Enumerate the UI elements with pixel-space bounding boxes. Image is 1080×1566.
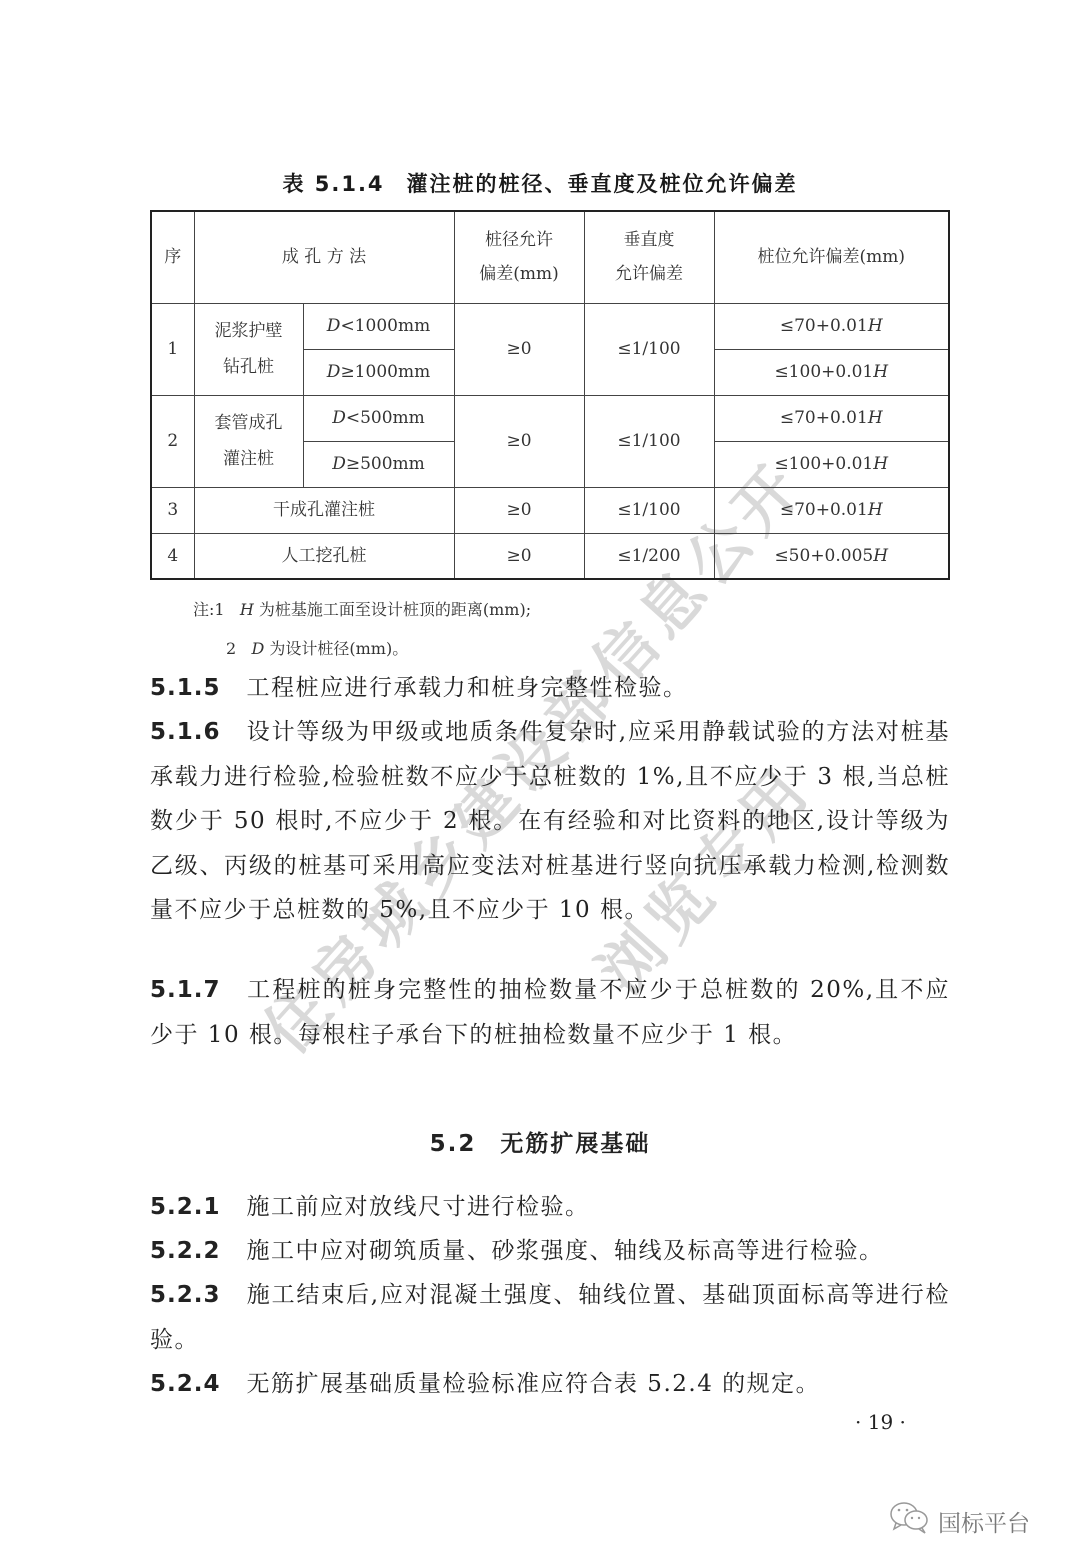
brand-name: 国标平台 (938, 1505, 1030, 1538)
cell-seq: 3 (151, 487, 194, 533)
cell-position: ≤100+0.01H (714, 349, 949, 395)
table-title-text: 灌注桩的桩径、垂直度及桩位允许偏差 (407, 172, 798, 196)
cell-seq: 2 (151, 395, 194, 487)
cell-method: 人工挖孔桩 (194, 533, 454, 579)
clause-5-2-2: 5.2.2施工中应对砌筑质量、砂浆强度、轴线及标高等进行检验。 (150, 1229, 950, 1274)
table-header-row: 序 成 孔 方 法 桩径允许偏差(mm) 垂直度允许偏差 桩位允许偏差(mm) (151, 211, 949, 303)
tolerance-table: 序 成 孔 方 法 桩径允许偏差(mm) 垂直度允许偏差 桩位允许偏差(mm) … (150, 210, 950, 580)
cell-condition: D≥500mm (303, 441, 454, 487)
table-note-2: 2 D 为设计桩径(mm)。 (226, 636, 408, 659)
cell-seq: 1 (151, 303, 194, 395)
cell-vertical: ≤1/100 (584, 303, 714, 395)
cell-position: ≤70+0.01H (714, 487, 949, 533)
cell-condition: D≥1000mm (303, 349, 454, 395)
wechat-icon (888, 1500, 932, 1542)
cell-method: 套管成孔灌注桩 (194, 395, 303, 487)
header-position: 桩位允许偏差(mm) (714, 211, 949, 303)
header-diameter: 桩径允许偏差(mm) (454, 211, 584, 303)
cell-diameter: ≥0 (454, 533, 584, 579)
clause-5-2-1: 5.2.1施工前应对放线尺寸进行检验。 (150, 1185, 950, 1230)
table-number: 表 5.1.4 (282, 172, 384, 196)
table-row: 3 干成孔灌注桩 ≥0 ≤1/100 ≤70+0.01H (151, 487, 949, 533)
cell-diameter: ≥0 (454, 303, 584, 395)
clause-5-1-5: 5.1.5工程桩应进行承载力和桩身完整性检验。 (150, 666, 950, 711)
cell-vertical: ≤1/100 (584, 487, 714, 533)
cell-diameter: ≥0 (454, 395, 584, 487)
table-title: 表 5.1.4灌注桩的桩径、垂直度及桩位允许偏差 (0, 168, 1080, 198)
cell-method: 泥浆护壁钻孔桩 (194, 303, 303, 395)
cell-position: ≤70+0.01H (714, 395, 949, 441)
header-vertical: 垂直度允许偏差 (584, 211, 714, 303)
cell-condition: D<1000mm (303, 303, 454, 349)
clause-5-1-6: 5.1.6设计等级为甲级或地质条件复杂时,应采用静载试验的方法对桩基承载力进行检… (150, 710, 950, 933)
table-row: 4 人工挖孔桩 ≥0 ≤1/200 ≤50+0.005H (151, 533, 949, 579)
cell-diameter: ≥0 (454, 487, 584, 533)
clause-5-1-7: 5.1.7工程桩的桩身完整性的抽检数量不应少于总桩数的 20%,且不应少于 10… (150, 968, 950, 1057)
section-title: 5.2无筋扩展基础 (0, 1125, 1080, 1158)
cell-condition: D<500mm (303, 395, 454, 441)
cell-vertical: ≤1/100 (584, 395, 714, 487)
table-row: 1 泥浆护壁钻孔桩 D<1000mm ≥0 ≤1/100 ≤70+0.01H (151, 303, 949, 349)
cell-method: 干成孔灌注桩 (194, 487, 454, 533)
header-seq: 序 (151, 211, 194, 303)
cell-vertical: ≤1/200 (584, 533, 714, 579)
cell-position: ≤70+0.01H (714, 303, 949, 349)
table-note-1: 注:1 H 为桩基施工面至设计桩顶的距离(mm); (193, 597, 531, 620)
brand-badge: 国标平台 (888, 1500, 1030, 1542)
clause-5-2-4: 5.2.4无筋扩展基础质量检验标准应符合表 5.2.4 的规定。 (150, 1362, 950, 1407)
clause-5-2-3: 5.2.3施工结束后,应对混凝土强度、轴线位置、基础顶面标高等进行检验。 (150, 1273, 950, 1362)
header-method: 成 孔 方 法 (194, 211, 454, 303)
cell-position: ≤100+0.01H (714, 441, 949, 487)
cell-seq: 4 (151, 533, 194, 579)
cell-position: ≤50+0.005H (714, 533, 949, 579)
page-number: · 19 · (855, 1410, 906, 1434)
table-row: 2 套管成孔灌注桩 D<500mm ≥0 ≤1/100 ≤70+0.01H (151, 395, 949, 441)
